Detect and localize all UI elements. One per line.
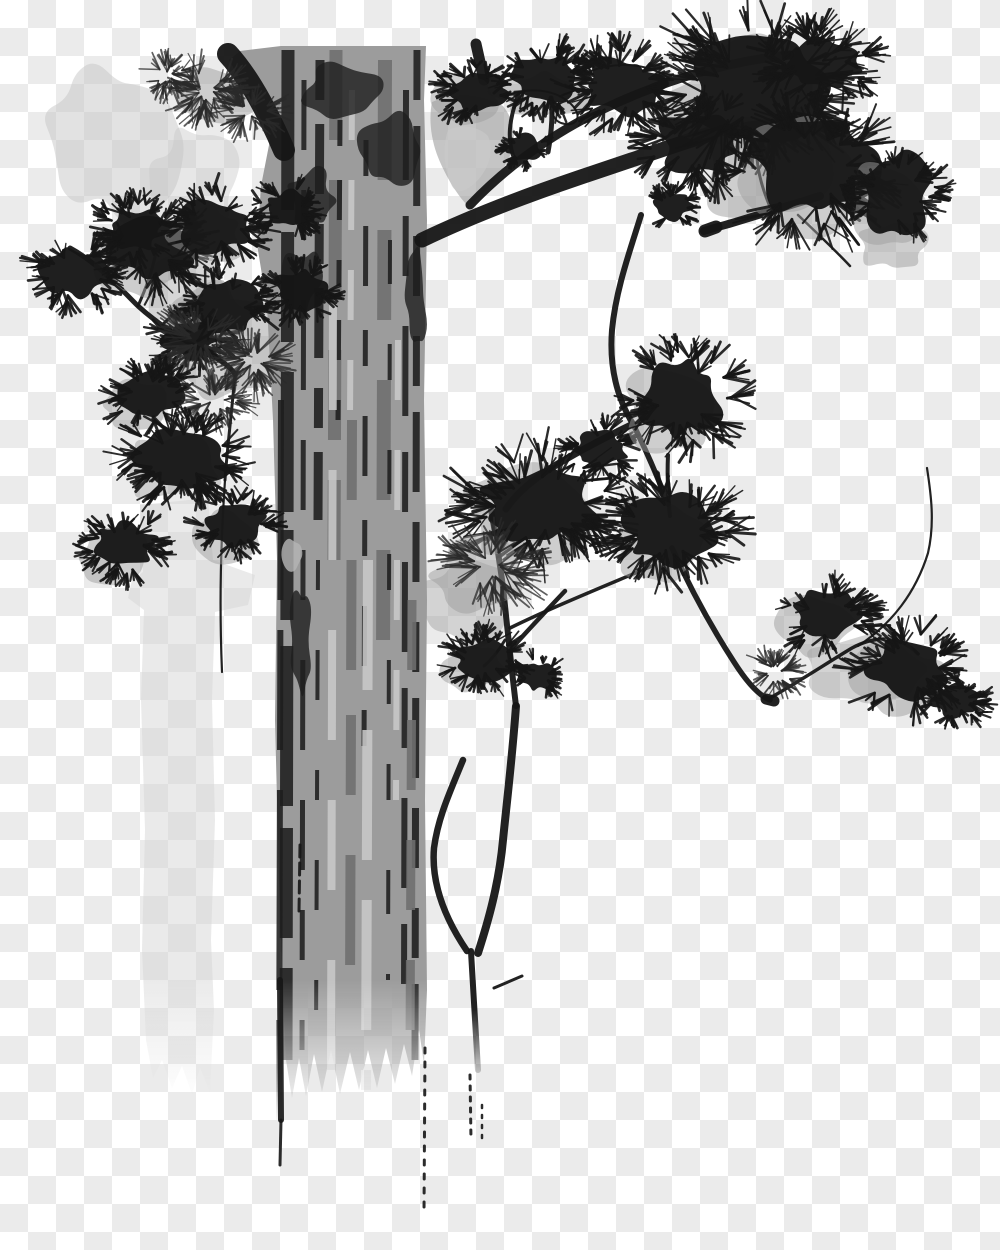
transparent-png-canvas bbox=[0, 0, 1000, 1250]
pine-needle bbox=[699, 424, 700, 433]
pine-needle bbox=[914, 224, 915, 243]
pine-needle bbox=[821, 112, 847, 113]
pine-needle bbox=[842, 87, 843, 111]
ink-drip bbox=[280, 980, 281, 1120]
pine-needle bbox=[733, 397, 756, 409]
pine-needle bbox=[859, 78, 871, 79]
pine-needle bbox=[462, 567, 476, 568]
pine-needle bbox=[549, 674, 562, 675]
pine-needle bbox=[583, 535, 598, 536]
pine-needle bbox=[250, 116, 252, 129]
pale-wash-column bbox=[128, 498, 255, 1094]
pine-needle bbox=[307, 222, 318, 223]
pine-needle bbox=[764, 11, 775, 37]
pine-needle bbox=[514, 434, 523, 462]
pine-needle bbox=[771, 213, 772, 231]
pine-needle bbox=[697, 351, 698, 373]
sapling-lower-stems bbox=[434, 706, 522, 1070]
pine-needle bbox=[862, 618, 881, 621]
pine-needle bbox=[866, 55, 880, 56]
pine-needle bbox=[124, 453, 141, 454]
pine-needle bbox=[698, 100, 700, 114]
pine-needle bbox=[692, 441, 693, 456]
pine-needle bbox=[823, 636, 824, 644]
pine-branch bbox=[494, 976, 522, 988]
pine-needle bbox=[980, 695, 987, 696]
pine-needle bbox=[149, 551, 170, 552]
pine-needle bbox=[255, 96, 256, 105]
pine-needle bbox=[63, 250, 64, 257]
pine-needle bbox=[565, 449, 580, 450]
pine-needle bbox=[932, 699, 941, 700]
pine-needle bbox=[474, 488, 513, 489]
pine-needle bbox=[730, 136, 752, 137]
pine-needle bbox=[839, 588, 840, 596]
pine-needle bbox=[503, 586, 504, 608]
pine-needle bbox=[94, 221, 112, 222]
pine-needle bbox=[578, 83, 596, 84]
pine-needle bbox=[921, 616, 936, 634]
pine-needle bbox=[126, 574, 127, 591]
pine-tree-ink-artwork bbox=[0, 0, 1000, 1250]
pine-needle bbox=[208, 318, 209, 330]
pine-needle bbox=[660, 554, 661, 578]
pine-needle bbox=[759, 675, 769, 676]
pine-branch bbox=[471, 951, 478, 1070]
pine-needle bbox=[959, 680, 960, 688]
pine-trunk bbox=[229, 46, 427, 1120]
ink-drip bbox=[280, 1120, 281, 1165]
pine-needle bbox=[619, 51, 620, 66]
bark-streak bbox=[415, 50, 417, 1060]
pine-needle bbox=[171, 261, 182, 263]
pine-needle bbox=[584, 471, 585, 479]
pine-needle bbox=[149, 81, 158, 82]
pine-needle bbox=[773, 682, 774, 694]
pine-needle bbox=[538, 150, 545, 151]
pine-needle bbox=[464, 67, 465, 77]
pine-needle bbox=[856, 202, 868, 204]
pine-branch bbox=[705, 227, 716, 231]
pine-needle bbox=[630, 138, 656, 142]
pine-needle bbox=[574, 73, 588, 74]
pine-needle bbox=[930, 636, 931, 645]
pine-needle bbox=[715, 179, 717, 203]
pine-needle bbox=[197, 306, 198, 331]
ink-drip bbox=[424, 1048, 425, 1213]
pine-needle bbox=[266, 304, 279, 305]
pine-needle bbox=[223, 456, 240, 458]
ink-drip bbox=[470, 1075, 471, 1140]
pine-needle bbox=[160, 473, 161, 488]
pine-needle bbox=[221, 333, 240, 334]
pine-needle bbox=[498, 84, 505, 85]
pine-needle bbox=[605, 491, 627, 496]
pine-needle bbox=[846, 605, 863, 606]
pine-needle bbox=[713, 434, 714, 458]
pine-needle bbox=[262, 122, 263, 131]
pine-needle bbox=[212, 381, 214, 390]
pine-needle bbox=[689, 480, 690, 507]
pine-needle-cluster bbox=[649, 182, 700, 227]
pine-needle bbox=[261, 290, 272, 291]
pine-branch bbox=[434, 760, 467, 951]
pine-needle bbox=[76, 552, 93, 553]
pine-needle bbox=[466, 636, 467, 645]
pine-needle bbox=[920, 174, 934, 176]
bark-streak bbox=[366, 560, 368, 1090]
pine-needle bbox=[765, 66, 779, 68]
pine-needle bbox=[624, 444, 631, 445]
pine-needle bbox=[175, 377, 197, 378]
pine-needle bbox=[619, 440, 631, 441]
pine-needle bbox=[525, 457, 526, 476]
pine-branch bbox=[478, 706, 516, 953]
pine-needle bbox=[253, 227, 267, 229]
pine-needle bbox=[674, 555, 675, 568]
pine-needle bbox=[512, 665, 518, 667]
pine-needle bbox=[729, 35, 730, 61]
pine-needle bbox=[717, 161, 719, 174]
pine-needle bbox=[153, 539, 164, 540]
pine-needle bbox=[152, 362, 153, 381]
pine-needle bbox=[429, 83, 447, 84]
pine-needle bbox=[512, 139, 514, 143]
pine-needle bbox=[920, 616, 921, 634]
pine-needle bbox=[139, 69, 160, 70]
